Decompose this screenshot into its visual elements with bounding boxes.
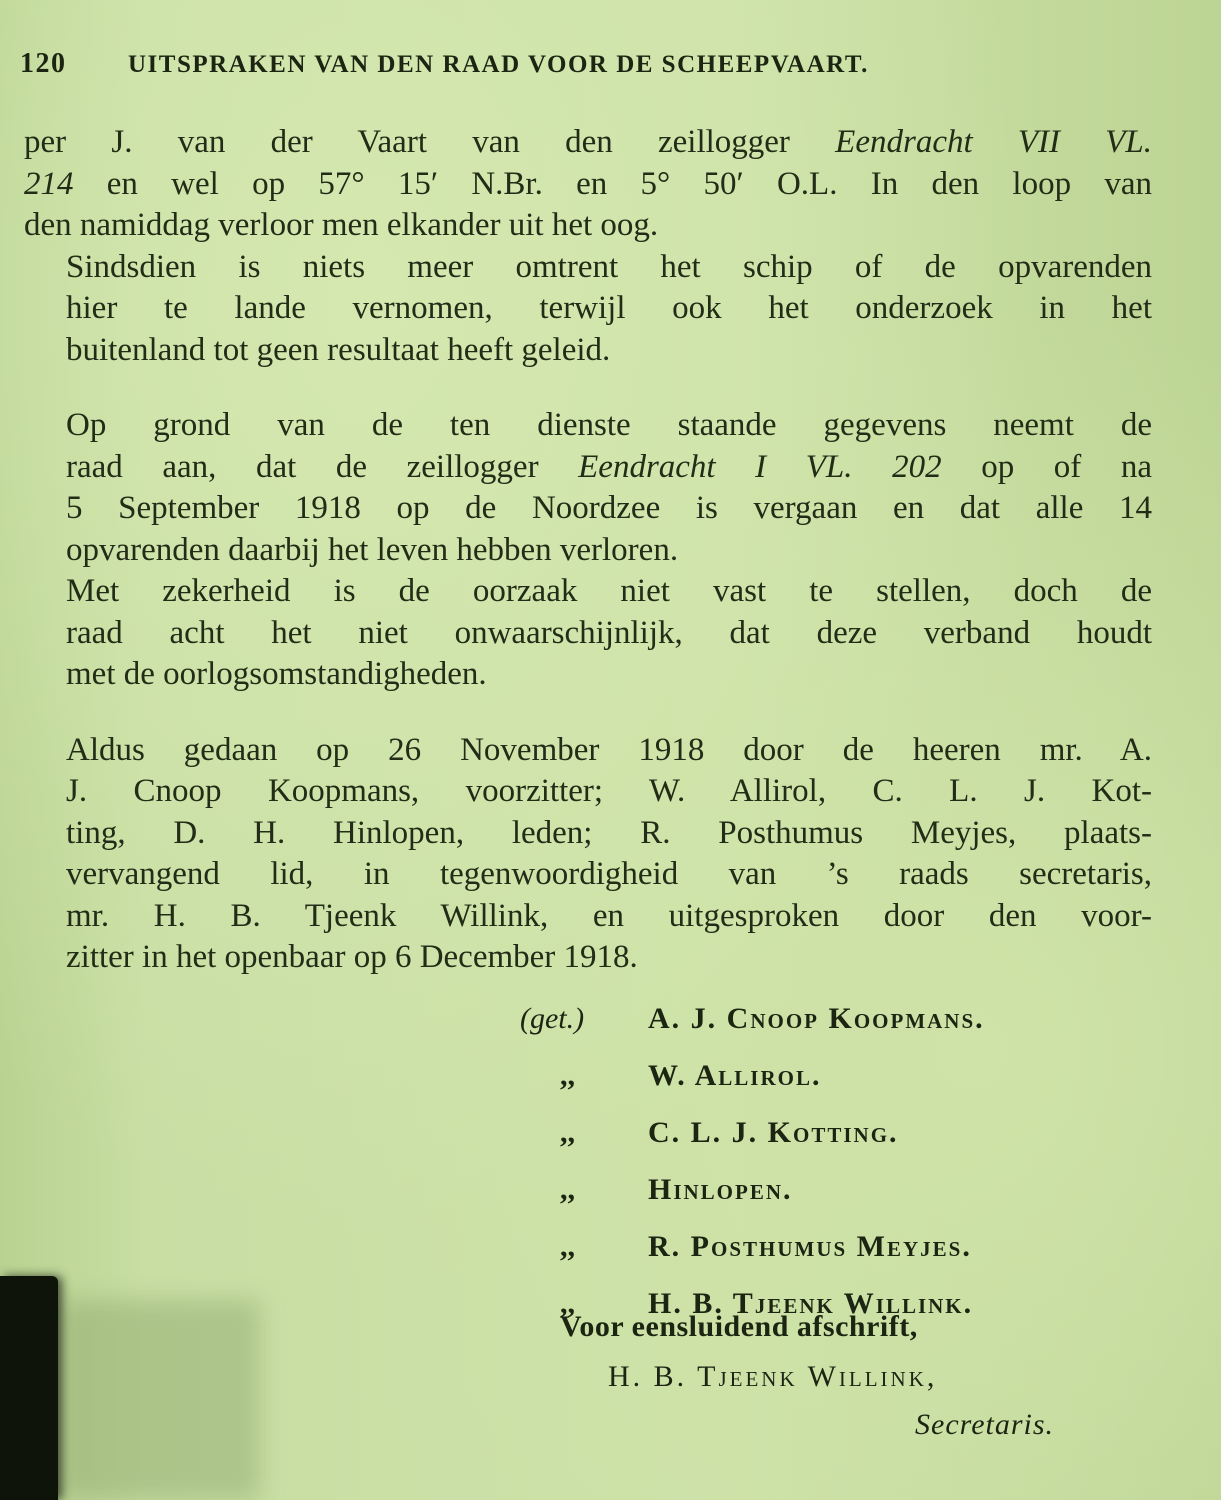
vessel-number: 214	[24, 166, 74, 202]
text-line: 214 en wel op 57° 15′ N.Br. en 5° 50′ O.…	[24, 164, 1152, 206]
page-number: 120	[20, 48, 128, 80]
ditto-mark: ,,	[520, 1218, 648, 1275]
vessel-name: Eendracht VII VL.	[835, 124, 1152, 160]
photo-shadow-soft	[60, 1300, 260, 1500]
text-line: opvarenden daarbij het leven hebben verl…	[24, 530, 1152, 572]
body-text: per J. van der Vaart van den zeillogger …	[24, 122, 1152, 979]
paragraph-cause: Met zekerheid is de oorzaak niet vast te…	[24, 571, 1152, 696]
text-line: 5 September 1918 op de Noordzee is verga…	[24, 488, 1152, 530]
signature-row: ,,W. Allirol.	[520, 1047, 1160, 1104]
text-line: Aldus gedaan op 26 November 1918 door de…	[24, 730, 1152, 772]
signature-row: ,,C. L. J. Kotting.	[520, 1104, 1160, 1161]
text-line: raad aan, dat de zeillogger Eendracht I …	[24, 447, 1152, 489]
closing-attestation: Voor eensluidend afschrift, H. B. Tjeenk…	[560, 1310, 1054, 1442]
signatory-name: W. Allirol.	[648, 1059, 821, 1092]
ditto-mark: ,,	[520, 1161, 648, 1218]
text-line: zitter in het openbaar op 6 December 191…	[24, 937, 1152, 979]
ditto-mark: ,,	[520, 1047, 648, 1104]
text-line: mr. H. B. Tjeenk Willink, en uitgesproke…	[24, 896, 1152, 938]
text-line: J. Cnoop Koopmans, voorzitter; W. Alliro…	[24, 771, 1152, 813]
attestation-line: Voor eensluidend afschrift,	[560, 1310, 1054, 1344]
signature-row: ,,R. Posthumus Meyjes.	[520, 1218, 1160, 1275]
ditto-mark: ,,	[520, 1104, 648, 1161]
running-head-title: UITSPRAKEN VAN DEN RAAD VOOR DE SCHEEPVA…	[128, 51, 869, 78]
text-line: raad acht het niet onwaarschijnlijk, dat…	[24, 613, 1152, 655]
photo-shadow-object	[0, 1276, 58, 1500]
signatory-name: A. J. Cnoop Koopmans.	[648, 1002, 985, 1035]
text-line: vervangend lid, in tegenwoordigheid van …	[24, 854, 1152, 896]
signed-prefix: (get.)	[520, 990, 648, 1047]
signatory-name: R. Posthumus Meyjes.	[648, 1230, 972, 1263]
text-line: Op grond van de ten dienste staande gege…	[24, 405, 1152, 447]
text-line: ting, D. H. Hinlopen, leden; R. Posthumu…	[24, 813, 1152, 855]
signature-row: ,,Hinlopen.	[520, 1161, 1160, 1218]
paragraph-conclusion: Op grond van de ten dienste staande gege…	[24, 405, 1152, 571]
paragraph-sindsdien: Sindsdien is niets meer omtrent het schi…	[24, 247, 1152, 372]
secretary-name: H. B. Tjeenk Willink,	[608, 1360, 1054, 1394]
running-head: 120UITSPRAKEN VAN DEN RAAD VOOR DE SCHEE…	[20, 48, 1200, 80]
secretary-title: Secretaris.	[915, 1408, 1054, 1442]
paragraph-aldus-gedaan: Aldus gedaan op 26 November 1918 door de…	[24, 730, 1152, 979]
text-line: per J. van der Vaart van den zeillogger …	[24, 122, 1152, 164]
text-line: den namiddag verloor men elkander uit he…	[24, 205, 1152, 247]
vessel-name: Eendracht I VL. 202	[578, 449, 941, 485]
text-line: hier te lande vernomen, terwijl ook het …	[24, 288, 1152, 330]
paragraph-continuation: per J. van der Vaart van den zeillogger …	[24, 122, 1152, 247]
text-line: buitenland tot geen resultaat heeft gele…	[24, 330, 1152, 372]
text-line: Sindsdien is niets meer omtrent het schi…	[24, 247, 1152, 289]
signatory-name: C. L. J. Kotting.	[648, 1116, 899, 1149]
signature-block: (get.)A. J. Cnoop Koopmans. ,,W. Allirol…	[520, 990, 1160, 1332]
signatory-name: Hinlopen.	[648, 1173, 793, 1206]
text-line: Met zekerheid is de oorzaak niet vast te…	[24, 571, 1152, 613]
signature-row: (get.)A. J. Cnoop Koopmans.	[520, 990, 1160, 1047]
text-line: met de oorlogsomstandigheden.	[24, 654, 1152, 696]
